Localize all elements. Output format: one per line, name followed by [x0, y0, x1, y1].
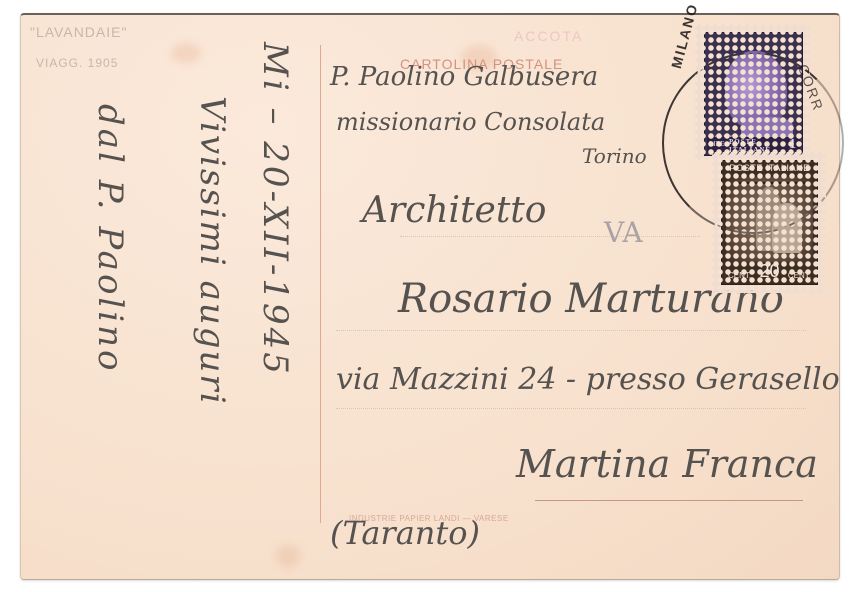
paper-stain: [276, 545, 300, 567]
stamp-footer: CENT. 20 CENT.: [722, 262, 817, 282]
faint-ink-mark: ACCOTA: [514, 28, 583, 44]
stamp-footer: LIRE POSTE ITALIANE 1: [707, 137, 800, 153]
stamp-unit: LIRE: [709, 140, 725, 148]
sender-organization: missionario Consolata: [336, 108, 605, 136]
address-guide-line: [400, 236, 700, 237]
pencil-note-date: VIAGG. 1905: [36, 56, 118, 70]
family-scales-icon: [726, 177, 813, 262]
address-guide-line: [336, 408, 806, 409]
message-greeting-line: Vivissimi auguri: [192, 96, 232, 406]
scale-beam: [734, 182, 805, 184]
address-divider: [320, 45, 321, 523]
address-guide-line: [336, 330, 806, 331]
sender-city: Torino: [582, 144, 647, 168]
recipient-title: Architetto: [362, 190, 546, 231]
stamp-unit-right: CENT.: [788, 271, 811, 280]
sender-name: P. Paolino Galbusera: [330, 62, 598, 92]
recipient-street: via Mazzini 24 - presso Gerasello: [336, 362, 840, 397]
annotation-mark: VA: [604, 216, 643, 249]
recipient-city: Martina Franca: [516, 442, 818, 486]
paper-stain: [171, 43, 201, 63]
stamp-20-cent: POSTE ITALIANE CENT. 20 CENT.: [712, 152, 826, 293]
stamp-issuer: POSTE ITALIANE: [722, 163, 817, 174]
figure-woman-child: [772, 203, 802, 253]
printer-imprint: INDUSTRIE PAPIER LANDI — VARESE: [349, 514, 509, 523]
pencil-note-title: "LAVANDAIE": [30, 24, 127, 40]
message-date-line: Mi – 20-XII-1945: [255, 42, 295, 377]
stamp-1-lira: CAIVS IVLIVS CAESAR LIRE POSTE ITALIANE …: [695, 24, 810, 161]
message-signature-line: dal P. Paolino: [90, 104, 130, 374]
stamp-value: 1: [789, 137, 796, 153]
address-underline: [535, 500, 803, 501]
